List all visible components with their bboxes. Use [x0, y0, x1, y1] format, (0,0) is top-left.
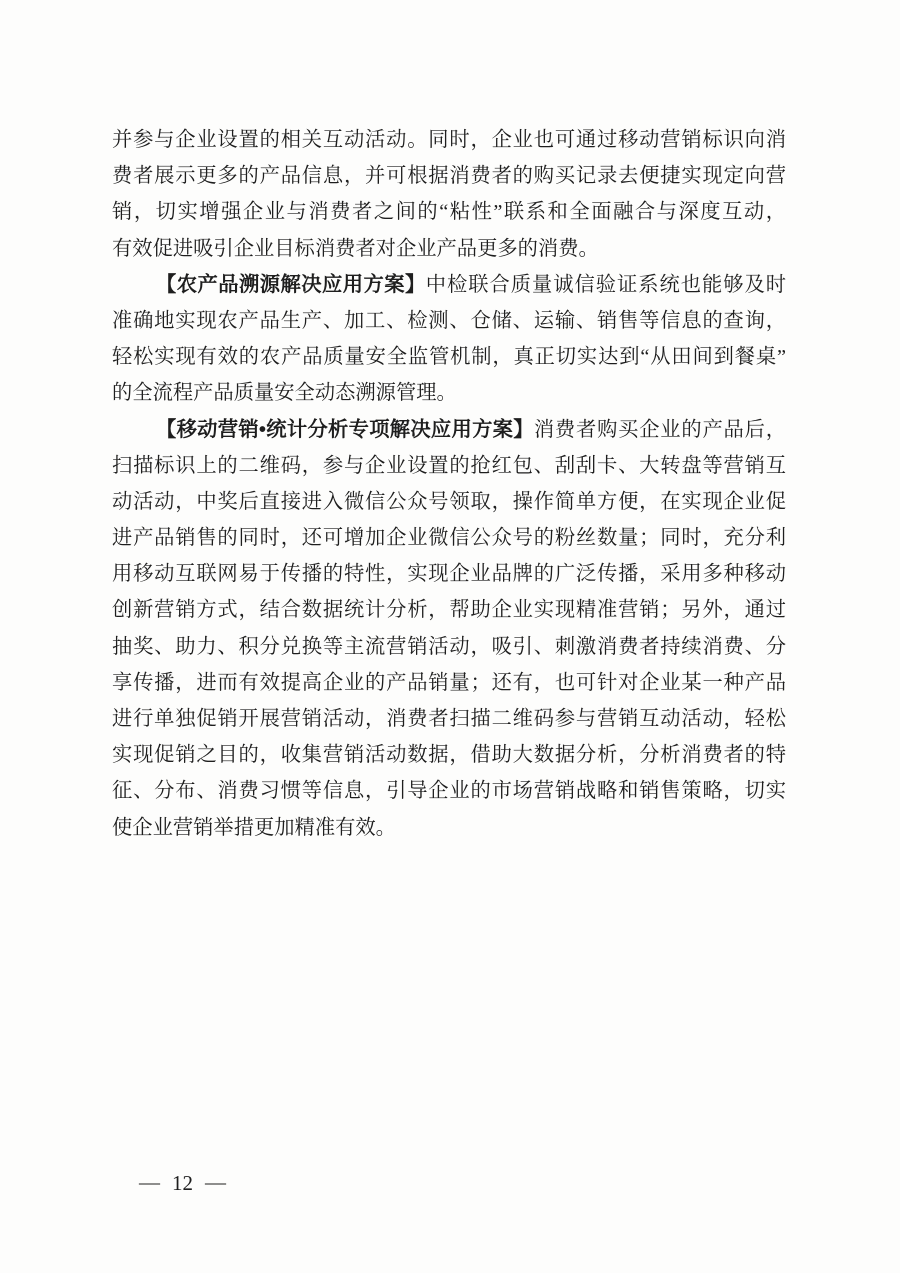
text-segment: 抽奖、助力、积分兑换等主流营销活动，吸引、刺激消费者持续消费、分: [112, 636, 786, 658]
paragraph-3: 【移动营销•统计分析专项解决应用方案】消费者购买企业的产品后，扫描标识上的二维码…: [112, 412, 786, 846]
text-segment: 扫描标识上的二维码，参与企业设置的抢红包、刮刮卡、大转盘等营销互: [112, 455, 786, 477]
text-line: 征、分布、消费习惯等信息，引导企业的市场营销战略和销售策略，切实: [112, 773, 786, 809]
text-segment: 费者展示更多的产品信息，并可根据消费者的购买记录去便捷实现定向营: [112, 165, 786, 187]
text-segment: 销，切实增强企业与消费者之间的“粘性”联系和全面融合与深度互动，: [112, 201, 786, 223]
document-page: 并参与企业设置的相关互动活动。同时，企业也可通过移动营销标识向消费者展示更多的产…: [0, 0, 900, 1273]
page-number: 12: [172, 1170, 193, 1196]
text-line: 享传播，进而有效提高企业的产品销量；还有，也可针对企业某一种产品: [112, 665, 786, 701]
text-line: 进行单独促销开展营销活动，消费者扫描二维码参与营销互动活动，轻松: [112, 701, 786, 737]
text-line: 抽奖、助力、积分兑换等主流营销活动，吸引、刺激消费者持续消费、分: [112, 629, 786, 665]
text-segment: 使企业营销举措更加精准有效。: [112, 817, 396, 839]
text-line: 有效促进吸引企业目标消费者对企业产品更多的消费。: [112, 231, 786, 267]
footer-dash-left: —: [139, 1169, 160, 1195]
text-segment: 享传播，进而有效提高企业的产品销量；还有，也可针对企业某一种产品: [112, 672, 786, 694]
paragraph-2: 【农产品溯源解决应用方案】中检联合质量诚信验证系统也能够及时准确地实现农产品生产…: [112, 267, 786, 412]
text-line: 实现促销之目的，收集营销活动数据，借助大数据分析，分析消费者的特: [112, 737, 786, 773]
text-line: 准确地实现农产品生产、加工、检测、仓储、运输、销售等信息的查询，: [112, 303, 786, 339]
text-line: 轻松实现有效的农产品质量安全监管机制，真正切实达到“从田间到餐桌”: [112, 339, 786, 375]
text-segment: 实现促销之目的，收集营销活动数据，借助大数据分析，分析消费者的特: [112, 744, 786, 766]
text-segment: 轻松实现有效的农产品质量安全监管机制，真正切实达到“从田间到餐桌”: [112, 346, 786, 368]
text-segment: 进产品销售的同时，还可增加企业微信公众号的粉丝数量；同时，充分利: [112, 527, 786, 549]
text-segment: 征、分布、消费习惯等信息，引导企业的市场营销战略和销售策略，切实: [112, 780, 786, 802]
text-line: 的全流程产品质量安全动态溯源管理。: [112, 375, 786, 411]
text-line: 销，切实增强企业与消费者之间的“粘性”联系和全面融合与深度互动，: [112, 194, 786, 230]
section-heading: 【移动营销•统计分析专项解决应用方案】: [156, 419, 534, 441]
text-line: 使企业营销举措更加精准有效。: [112, 810, 786, 846]
text-segment: 有效促进吸引企业目标消费者对企业产品更多的消费。: [112, 238, 599, 260]
footer-dash-right: —: [205, 1169, 226, 1195]
text-segment: 进行单独促销开展营销活动，消费者扫描二维码参与营销互动活动，轻松: [112, 708, 786, 730]
paragraph-1: 并参与企业设置的相关互动活动。同时，企业也可通过移动营销标识向消费者展示更多的产…: [112, 122, 786, 267]
text-segment: 消费者购买企业的产品后，: [534, 419, 786, 441]
text-line: 进产品销售的同时，还可增加企业微信公众号的粉丝数量；同时，充分利: [112, 520, 786, 556]
text-segment: 并参与企业设置的相关互动活动。同时，企业也可通过移动营销标识向消: [112, 129, 786, 151]
section-heading: 【农产品溯源解决应用方案】: [156, 274, 426, 296]
text-segment: 创新营销方式，结合数据统计分析，帮助企业实现精准营销；另外，通过: [112, 599, 786, 621]
text-line: 扫描标识上的二维码，参与企业设置的抢红包、刮刮卡、大转盘等营销互: [112, 448, 786, 484]
text-segment: 准确地实现农产品生产、加工、检测、仓储、运输、销售等信息的查询，: [112, 310, 786, 332]
text-line: 创新营销方式，结合数据统计分析，帮助企业实现精准营销；另外，通过: [112, 592, 786, 628]
text-line: 用移动互联网易于传播的特性，实现企业品牌的广泛传播，采用多种移动: [112, 556, 786, 592]
text-line: 【移动营销•统计分析专项解决应用方案】消费者购买企业的产品后，: [112, 412, 786, 448]
text-segment: 动活动，中奖后直接进入微信公众号领取，操作简单方便，在实现企业促: [112, 491, 786, 513]
text-segment: 中检联合质量诚信验证系统也能够及时: [426, 274, 786, 296]
text-segment: 用移动互联网易于传播的特性，实现企业品牌的广泛传播，采用多种移动: [112, 563, 786, 585]
document-body: 并参与企业设置的相关互动活动。同时，企业也可通过移动营销标识向消费者展示更多的产…: [112, 122, 786, 846]
text-segment: 的全流程产品质量安全动态溯源管理。: [112, 382, 457, 404]
page-footer: — 12 —: [139, 1170, 226, 1196]
text-line: 动活动，中奖后直接进入微信公众号领取，操作简单方便，在实现企业促: [112, 484, 786, 520]
text-line: 费者展示更多的产品信息，并可根据消费者的购买记录去便捷实现定向营: [112, 158, 786, 194]
text-line: 并参与企业设置的相关互动活动。同时，企业也可通过移动营销标识向消: [112, 122, 786, 158]
text-line: 【农产品溯源解决应用方案】中检联合质量诚信验证系统也能够及时: [112, 267, 786, 303]
